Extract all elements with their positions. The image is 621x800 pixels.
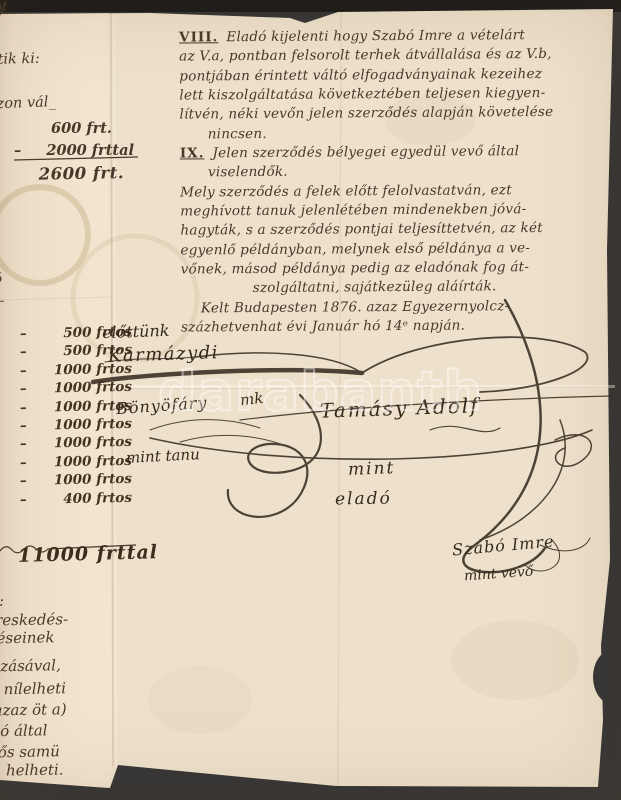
contract-body: VIII.Eladó kijelenti hogy Szabó Imre a v… [179, 25, 619, 338]
line-text: nincsen. [208, 126, 267, 142]
dash-mark: – [20, 399, 27, 418]
grand-total: 11000 frttal [18, 541, 159, 567]
buyer-signature: Szabó Imre [451, 532, 555, 560]
elottunk-label: előttünk [102, 321, 170, 342]
bottom-fragment: a) azaz öt a) [0, 700, 67, 720]
dash-mark: – [20, 436, 27, 455]
backdrop-top-strip [0, 0, 621, 12]
line-text: az V.a, pontban felsorolt terhek átválla… [179, 46, 552, 65]
line-text: lítvén, néki vevőn jelen szerződés alapj… [179, 104, 553, 123]
dash-mark: – [20, 454, 27, 473]
bottom-fragment: helheti. [6, 760, 64, 779]
amount-value: 400 frtos [63, 489, 136, 509]
bottom-fragment: rkereskedés- [0, 610, 68, 630]
mint-tanu-label: mint tanu [126, 445, 201, 467]
line-text: szolgáltatni, sajátkezüleg aláírták. [253, 279, 497, 297]
margin-fragment: ának azon vál_ [0, 94, 56, 114]
flourish-stroke [480, 420, 565, 540]
amount-row: – 1000 frtos [0, 434, 136, 455]
amount-value: 1000 frtos [54, 416, 136, 436]
text-line: lítvén, néki vevőn jelen szerződés alapj… [179, 103, 617, 125]
line-text: Jelen szerződés bélyegei egyedül vevő ál… [212, 143, 519, 161]
amount-row: – 1000 frtos [0, 471, 136, 492]
line-text: lett kiszolgáltatása következtében telje… [179, 85, 545, 104]
section-number: VIII. [179, 29, 218, 45]
amount-2000: – 2000 frttal [14, 142, 134, 159]
line-text: vőnek, másod példánya pedig az eladónak … [181, 259, 530, 277]
amount-subtotal: 2600 frt. [24, 163, 124, 184]
bottom-fragment: így nílelheti [0, 679, 66, 699]
dash-mark: – [20, 326, 27, 345]
dash-mark: – [20, 491, 27, 510]
flourish-stroke [555, 435, 591, 467]
amount-value: 2000 frttal [46, 142, 134, 159]
bottom-fragment: eteléseinek [0, 628, 55, 648]
line-text: viselendők. [208, 164, 288, 181]
text-line: százhetvenhat évi Január hó 14ᵉ napján. [181, 316, 619, 338]
text-line: az V.a, pontban felsorolt terhek átválla… [179, 45, 617, 67]
edge-fragment: lló [0, 272, 2, 288]
amount-value: 1000 frtos [54, 471, 136, 491]
amount-value: 1000 frtos [54, 453, 136, 473]
amount-600: 600 frt. [20, 120, 112, 137]
dash-mark: – [20, 473, 27, 492]
edge-fragment: a – [0, 294, 5, 310]
elado-label: eladó [335, 489, 392, 510]
line-text: meghívott tanuk jelenlétében mindenekben… [180, 201, 526, 219]
bottom-fragment: eladó által [0, 721, 48, 740]
line-text: Eladó kijelenti hogy Szabó Imre a vételá… [226, 27, 525, 45]
flourish-stroke [430, 426, 500, 431]
dash-mark: – [20, 381, 27, 400]
bottom-fragment: di ki: [0, 592, 4, 611]
line-text: Mely szerződés a felek előtt felolvastat… [180, 182, 512, 200]
line-text: pontjában érintett váltó elfogadványaina… [179, 66, 542, 85]
margin-fragment: yenlíttetik ki: [0, 51, 40, 70]
dash-mark: – [20, 418, 27, 437]
flourish-stroke [150, 430, 592, 459]
stain [451, 620, 579, 700]
line-text: Kelt Budapesten 1876. azaz Egyezernyolcz… [201, 298, 510, 316]
amount-row: – 1000 frtos [0, 379, 136, 400]
stain [148, 666, 252, 734]
bottom-fragment: ndozásával, [0, 656, 61, 676]
dash-mark: – [20, 363, 27, 382]
mint-vevo-label: mint vevő [464, 564, 534, 585]
dash-mark: – [20, 344, 27, 363]
torn-notch [593, 649, 621, 705]
bottom-fragment: /. [0, 0, 10, 18]
mint-label: mint [348, 458, 396, 480]
small-crease [0, 297, 112, 300]
line-text: egyenlő példányban, melynek első példány… [180, 240, 530, 258]
section-number: IX. [180, 145, 205, 161]
watermark-text: darabanth [158, 360, 483, 423]
embossed-seal [0, 187, 88, 283]
flourish-stroke [463, 300, 545, 572]
bottom-fragment: vevős samü [0, 742, 60, 762]
line-text: hagyták, s a szerződés pontjai teljesítt… [180, 220, 543, 239]
amount-value: 1000 frtos [54, 379, 136, 399]
amount-row: – 400 frtos [0, 489, 136, 510]
line-text: százhetvenhat évi Január hó 14ᵉ napján. [181, 318, 465, 336]
amount-value: 1000 frtos [54, 434, 136, 454]
dash-mark: – [14, 142, 21, 159]
document-photo: yenlíttetik ki: ának azon vál_ 600 frt. … [0, 0, 621, 800]
